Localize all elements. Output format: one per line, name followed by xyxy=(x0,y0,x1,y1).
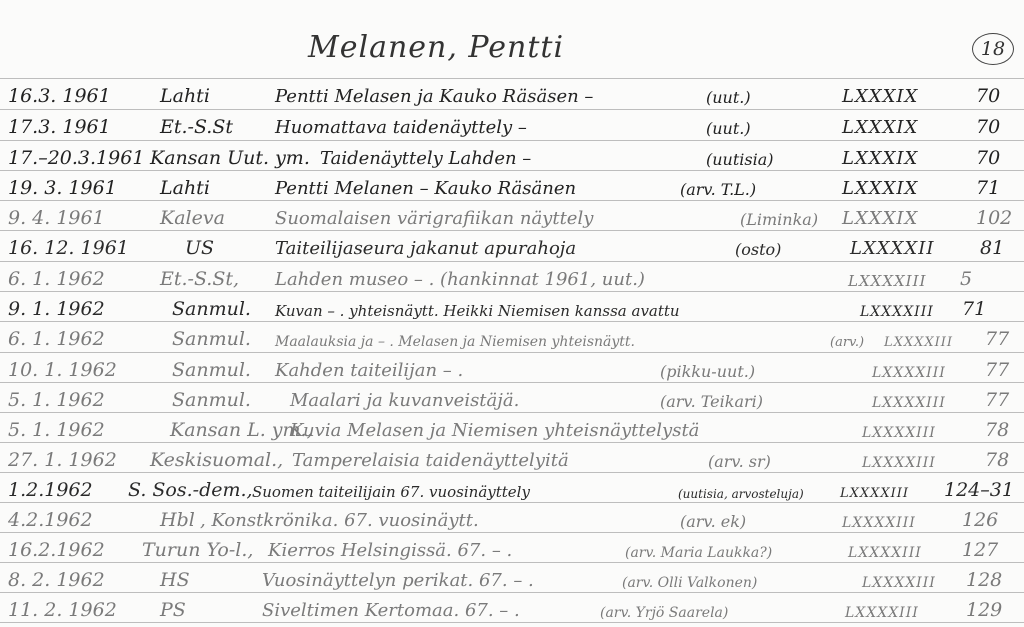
entry-row: 11. 2. 1962 PS Siveltimen Kertomaa. 67. … xyxy=(0,592,1024,624)
entry-date: 9. 1. 1962 xyxy=(8,298,105,320)
entry-source: PS xyxy=(160,599,186,621)
entry-note: (arv. Maria Laukka?) xyxy=(625,545,772,561)
entry-note: (uutisia) xyxy=(706,150,774,169)
entry-description: Kuvia Melasen ja Niemisen yhteisnäyttely… xyxy=(290,420,699,441)
entry-source: S. Sos.-dem., xyxy=(128,479,253,501)
entry-page: 127 xyxy=(962,539,998,561)
entry-volume: LXXXXIII xyxy=(845,605,919,621)
entry-volume: LXXXIX xyxy=(842,148,918,169)
entry-description: Vuosinäyttelyn perikat. 67. – . xyxy=(262,570,534,591)
entry-date: 16.3. 1961 xyxy=(8,85,111,107)
entry-volume: LXXXIX xyxy=(842,86,918,107)
entry-description: Huomattava taidenäyttely – xyxy=(275,117,527,138)
entry-page: 77 xyxy=(985,389,1009,411)
entry-source: Et.-S.St, xyxy=(160,268,239,290)
entry-page: 70 xyxy=(976,85,1000,107)
entry-description: Suomalaisen värigrafiikan näyttely xyxy=(275,208,593,229)
entry-volume: LXXXIX xyxy=(842,208,918,229)
entry-description: Siveltimen Kertomaa. 67. – . xyxy=(262,600,520,621)
entry-note: (arv. T.L.) xyxy=(680,180,756,199)
entry-note: (arv.) xyxy=(830,335,864,350)
entry-row: 17.3. 1961 Et.-S.St Huomattava taidenäyt… xyxy=(0,109,1024,141)
entry-row: 19. 3. 1961 Lahti Pentti Melanen – Kauko… xyxy=(0,170,1024,202)
entry-date: 5. 1. 1962 xyxy=(8,419,105,441)
entry-volume: LXXXXIII xyxy=(872,395,946,411)
entry-volume: LXXXIX xyxy=(842,178,918,199)
entry-row: 4.2.1962 Hbl , Konstkrönika. 67. vuosinä… xyxy=(0,502,1024,534)
entry-row: 16.2.1962 Turun Yo-l., Kierros Helsingis… xyxy=(0,532,1024,564)
index-card: Melanen, Pentti 18 16.3. 1961 Lahti Pent… xyxy=(0,0,1024,627)
entry-page: 78 xyxy=(985,449,1009,471)
entry-page: 70 xyxy=(976,147,1000,169)
entry-description: Suomen taiteilijain 67. vuosinäyttely xyxy=(252,483,530,501)
entry-description: Taiteilijaseura jakanut apurahoja xyxy=(275,238,576,259)
entry-source: Lahti xyxy=(160,85,210,107)
entry-source: Kaleva xyxy=(160,207,225,229)
entry-description: Kahden taiteilijan – . xyxy=(275,360,463,381)
entry-row: 8. 2. 1962 HS Vuosinäyttelyn perikat. 67… xyxy=(0,562,1024,594)
entry-source: Et.-S.St xyxy=(160,116,233,138)
page-number-circle: 18 xyxy=(972,33,1014,65)
entry-volume: LXXXXIII xyxy=(848,545,922,561)
entry-date: 10. 1. 1962 xyxy=(8,359,117,381)
entry-description: Lahden museo – . (hankinnat 1961, uut.) xyxy=(275,269,645,290)
entry-date: 19. 3. 1961 xyxy=(8,177,117,199)
entry-description: Pentti Melasen ja Kauko Räsäsen – xyxy=(275,86,593,107)
entry-note: (arv. Yrjö Saarela) xyxy=(600,605,728,621)
entry-date: 6. 1. 1962 xyxy=(8,268,105,290)
entry-volume: LXXXXIII xyxy=(872,365,946,381)
entry-page: 102 xyxy=(976,207,1012,229)
entry-row: 16. 12. 1961 US Taiteilijaseura jakanut … xyxy=(0,230,1024,262)
entry-volume: LXXXXIII xyxy=(842,515,916,531)
entry-date: 16. 12. 1961 xyxy=(8,237,129,259)
entry-description: Maalauksia ja – . Melasen ja Niemisen yh… xyxy=(275,334,635,350)
entry-source: US xyxy=(185,237,214,259)
entry-source: HS xyxy=(160,569,190,591)
entry-description: , Konstkrönika. 67. vuosinäytt. xyxy=(200,510,479,531)
entry-page: 70 xyxy=(976,116,1000,138)
entry-note: (uutisia, arvosteluja) xyxy=(678,487,804,501)
entry-page: 81 xyxy=(980,237,1004,259)
entry-page: 78 xyxy=(985,419,1009,441)
entry-row: 6. 1. 1962 Et.-S.St, Lahden museo – . (h… xyxy=(0,261,1024,293)
entry-page: 128 xyxy=(966,569,1002,591)
entry-row: 5. 1. 1962 Sanmul. Maalari ja kuvanveist… xyxy=(0,382,1024,414)
entry-note: (arv. sr) xyxy=(708,452,771,471)
entry-date: 9. 4. 1961 xyxy=(8,207,105,229)
entry-description: Pentti Melanen – Kauko Räsänen xyxy=(275,178,576,199)
entry-source: Sanmul. xyxy=(172,359,251,381)
entry-volume: LXXXXIII xyxy=(862,455,936,471)
entry-date: 6. 1. 1962 xyxy=(8,328,105,350)
entry-volume: LXXXXIII xyxy=(860,304,934,320)
entry-row: 9. 1. 1962 Sanmul. Kuvan – . yhteisnäytt… xyxy=(0,291,1024,323)
entry-volume: LXXXXIII xyxy=(848,272,926,290)
entry-page: 71 xyxy=(976,177,1000,199)
entry-source: Turun Yo-l., xyxy=(142,539,253,561)
entry-page: 129 xyxy=(966,599,1002,621)
entry-row: 10. 1. 1962 Sanmul. Kahden taiteilijan –… xyxy=(0,352,1024,384)
entry-row: 5. 1. 1962 Kansan L. ym., Kuvia Melasen … xyxy=(0,412,1024,444)
entry-source: Kansan Uut. ym. xyxy=(150,147,310,169)
entry-page: 71 xyxy=(962,298,986,320)
entry-volume: LXXXXII xyxy=(850,238,934,259)
entry-date: 11. 2. 1962 xyxy=(8,599,117,621)
entry-volume: LXXXXIII xyxy=(884,335,953,350)
entry-date: 4.2.1962 xyxy=(8,509,93,531)
entry-date: 5. 1. 1962 xyxy=(8,389,105,411)
entry-date: 16.2.1962 xyxy=(8,539,105,561)
entry-note: (uut.) xyxy=(706,88,751,107)
entry-note: (uut.) xyxy=(706,119,751,138)
entry-date: 8. 2. 1962 xyxy=(8,569,105,591)
entry-source: Sanmul. xyxy=(172,389,251,411)
entry-volume: LXXXXIII xyxy=(840,486,909,501)
entry-description: Kuvan – . yhteisnäytt. Heikki Niemisen k… xyxy=(275,302,680,320)
entry-note: (arv. Olli Valkonen) xyxy=(622,575,757,591)
entry-date: 27. 1. 1962 xyxy=(8,449,117,471)
entry-note: (pikku-uut.) xyxy=(660,362,755,381)
entry-note: (arv. Teikari) xyxy=(660,392,763,411)
entry-row: 6. 1. 1962 Sanmul. Maalauksia ja – . Mel… xyxy=(0,321,1024,353)
entry-row: 16.3. 1961 Lahti Pentti Melasen ja Kauko… xyxy=(0,78,1024,110)
entry-row: 17.–20.3.1961 Kansan Uut. ym. Taidenäytt… xyxy=(0,140,1024,172)
entry-source: Hbl xyxy=(160,509,195,531)
entry-source: Keskisuomal., xyxy=(150,449,283,471)
entry-page: 5 xyxy=(960,268,972,290)
entry-volume: LXXXIX xyxy=(842,117,918,138)
entry-row: 1.2.1962 S. Sos.-dem., Suomen taiteilija… xyxy=(0,472,1024,504)
entry-description: Taidenäyttely Lahden – xyxy=(320,148,531,169)
entry-page: 126 xyxy=(962,509,998,531)
entry-row: 27. 1. 1962 Keskisuomal., Tamperelaisia … xyxy=(0,442,1024,474)
entry-date: 17.3. 1961 xyxy=(8,116,111,138)
entry-page: 124–31 xyxy=(944,479,1014,501)
entry-row: 9. 4. 1961 Kaleva Suomalaisen värigrafii… xyxy=(0,200,1024,232)
entry-page: 77 xyxy=(985,328,1009,350)
entry-source: Lahti xyxy=(160,177,210,199)
entry-volume: LXXXXIII xyxy=(862,575,936,591)
entry-description: Tamperelaisia taidenäyttelyitä xyxy=(292,450,569,471)
entry-note: (osto) xyxy=(735,240,781,259)
card-title: Melanen, Pentti xyxy=(308,30,564,65)
entry-date: 1.2.1962 xyxy=(8,479,93,501)
entry-source: Sanmul. xyxy=(172,298,251,320)
entry-date: 17.–20.3.1961 xyxy=(8,147,144,169)
entry-page: 77 xyxy=(985,359,1009,381)
entry-note: (arv. ek) xyxy=(680,512,746,531)
entry-volume: LXXXXIII xyxy=(862,425,936,441)
entry-description: Maalari ja kuvanveistäjä. xyxy=(290,390,519,411)
entry-description: Kierros Helsingissä. 67. – . xyxy=(268,540,512,561)
entry-note: (Liminka) xyxy=(740,210,818,229)
entry-source: Sanmul. xyxy=(172,328,251,350)
